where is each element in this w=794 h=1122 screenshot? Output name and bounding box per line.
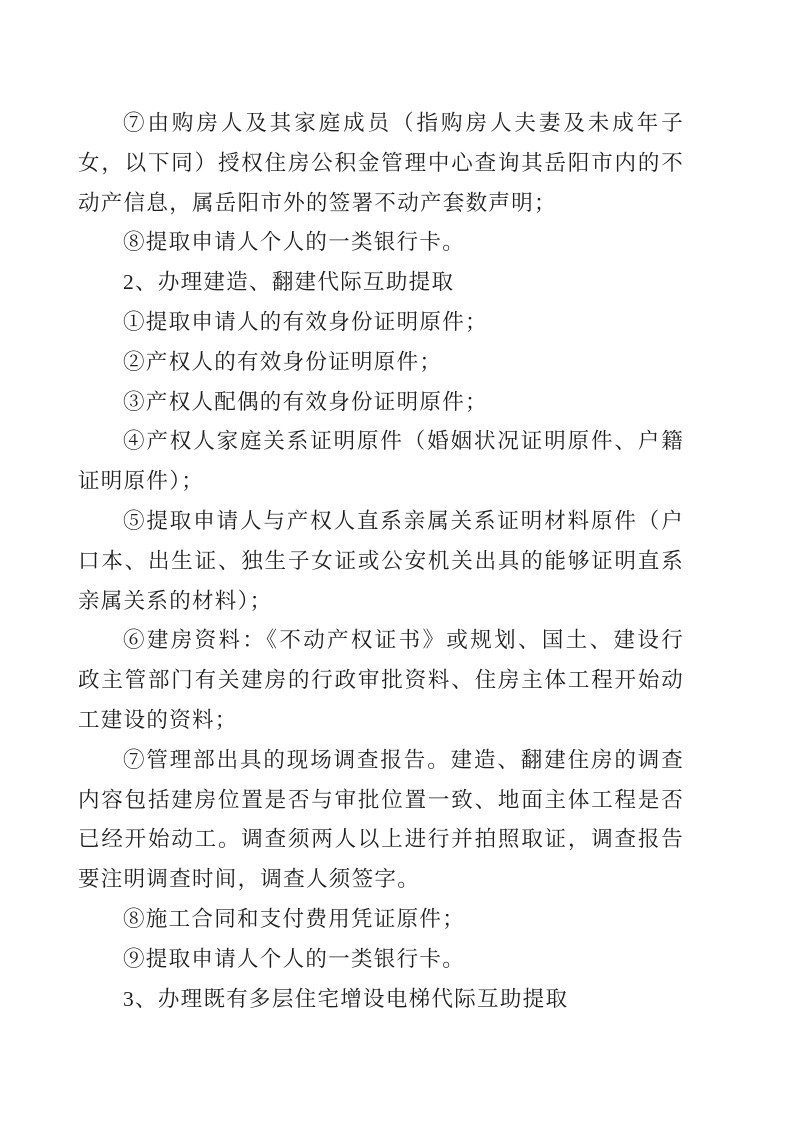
paragraph-item-4-family-proof: ④产权人家庭关系证明原件（婚姻状况证明原件、户籍 证明原件）； [78, 422, 684, 502]
paragraph-item-1-id: ①提取申请人的有效身份证明原件； [78, 303, 684, 343]
text-line: 已经开始动工。调查须两人以上进行并拍照取证，调查报告 [78, 820, 684, 860]
text-line: 3、办理既有多层住宅增设电梯代际互助提取 [78, 980, 684, 1020]
paragraph-item-2-owner-id: ②产权人的有效身份证明原件； [78, 343, 684, 383]
heading-section-2: 2、办理建造、翻建代际互助提取 [78, 263, 684, 303]
text-line: ⑥建房资料：《不动产权证书》或规划、国土、建设行 [78, 621, 684, 661]
heading-section-3: 3、办理既有多层住宅增设电梯代际互助提取 [78, 980, 684, 1020]
text-line: ⑨提取申请人个人的一类银行卡。 [78, 940, 684, 980]
document-text-block: ⑦由购房人及其家庭成员（指购房人夫妻及未成年子 女，以下同）授权住房公积金管理中… [78, 104, 684, 1019]
text-line: ①提取申请人的有效身份证明原件； [78, 303, 684, 343]
text-line: ⑦管理部出具的现场调查报告。建造、翻建住房的调查 [78, 741, 684, 781]
text-line: 工建设的资料； [78, 701, 684, 741]
paragraph-item-5-kinship-proof: ⑤提取申请人与产权人直系亲属关系证明材料原件（户 口本、出生证、独生子女证或公安… [78, 502, 684, 621]
text-line: 口本、出生证、独生子女证或公安机关出具的能够证明直系 [78, 542, 684, 582]
text-line: 政主管部门有关建房的行政审批资料、住房主体工程开始动 [78, 661, 684, 701]
paragraph-item-7-purchase: ⑦由购房人及其家庭成员（指购房人夫妻及未成年子 女，以下同）授权住房公积金管理中… [78, 104, 684, 223]
text-line: 动产信息，属岳阳市外的签署不动产套数声明； [78, 184, 684, 224]
text-line: ⑧提取申请人个人的一类银行卡。 [78, 223, 684, 263]
text-line: 亲属关系的材料）； [78, 582, 684, 622]
paragraph-item-8-bankcard: ⑧提取申请人个人的一类银行卡。 [78, 223, 684, 263]
text-line: 证明原件）； [78, 462, 684, 502]
paragraph-item-9-bankcard: ⑨提取申请人个人的一类银行卡。 [78, 940, 684, 980]
paragraph-item-7-survey-report: ⑦管理部出具的现场调查报告。建造、翻建住房的调查 内容包括建房位置是否与审批位置… [78, 741, 684, 900]
text-line: ⑦由购房人及其家庭成员（指购房人夫妻及未成年子 [78, 104, 684, 144]
paragraph-item-8-contract: ⑧施工合同和支付费用凭证原件； [78, 900, 684, 940]
document-page: ⑦由购房人及其家庭成员（指购房人夫妻及未成年子 女，以下同）授权住房公积金管理中… [0, 0, 794, 1122]
text-line: ③产权人配偶的有效身份证明原件； [78, 383, 684, 423]
paragraph-item-6-building-docs: ⑥建房资料：《不动产权证书》或规划、国土、建设行 政主管部门有关建房的行政审批资… [78, 621, 684, 740]
paragraph-item-3-spouse-id: ③产权人配偶的有效身份证明原件； [78, 383, 684, 423]
text-line: 要注明调查时间，调查人须签字。 [78, 860, 684, 900]
text-line: ⑤提取申请人与产权人直系亲属关系证明材料原件（户 [78, 502, 684, 542]
text-line: 女，以下同）授权住房公积金管理中心查询其岳阳市内的不 [78, 144, 684, 184]
text-line: ②产权人的有效身份证明原件； [78, 343, 684, 383]
text-line: 2、办理建造、翻建代际互助提取 [78, 263, 684, 303]
text-line: 内容包括建房位置是否与审批位置一致、地面主体工程是否 [78, 781, 684, 821]
text-line: ④产权人家庭关系证明原件（婚姻状况证明原件、户籍 [78, 422, 684, 462]
text-line: ⑧施工合同和支付费用凭证原件； [78, 900, 684, 940]
